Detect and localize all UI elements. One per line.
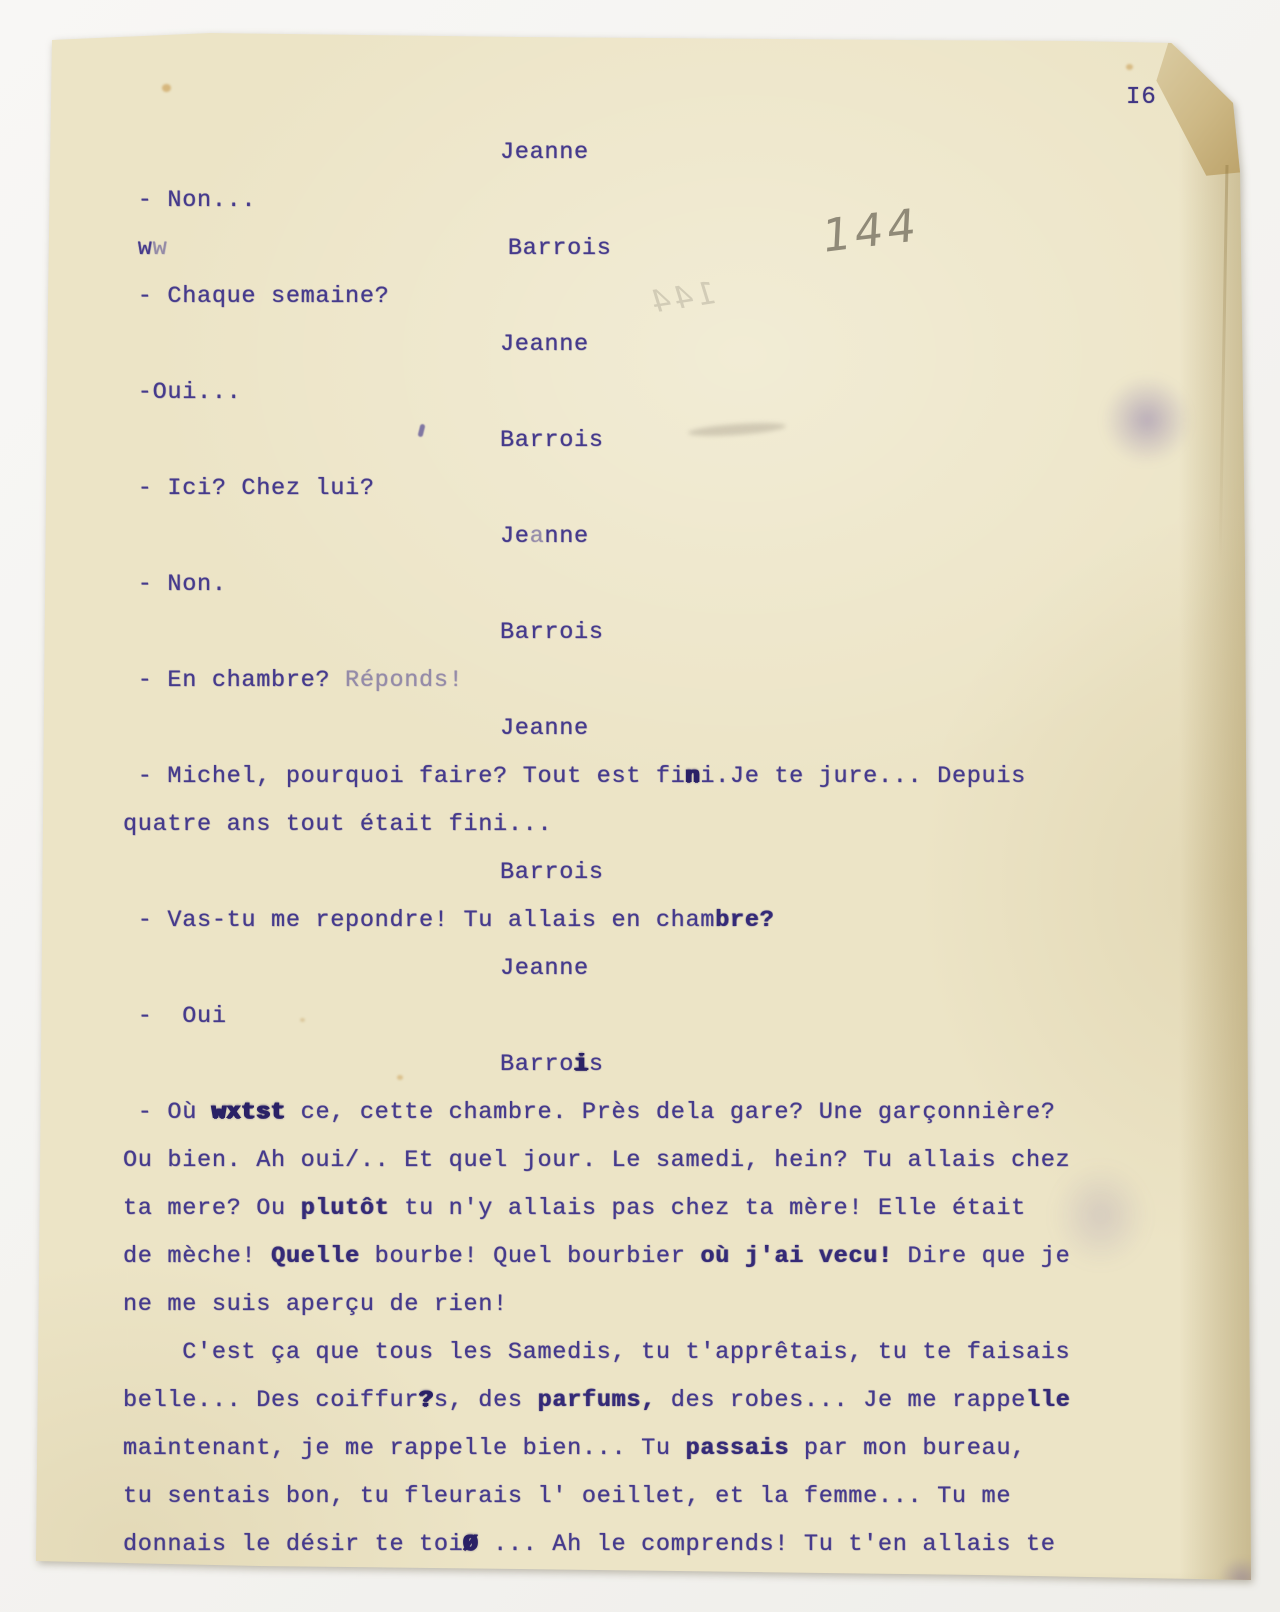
dialogue-line: C'est ça que tous les Samedis, tu t'appr… xyxy=(123,1329,1153,1377)
character-heading: Barrois xyxy=(123,1041,1153,1089)
character-heading: Jeanne xyxy=(123,513,1153,561)
script-lines: Jeanne - Non... ww Barrois - Chaque sema… xyxy=(123,129,1153,1569)
dialogue-line: Ou bien. Ah oui/.. Et quel jour. Le same… xyxy=(123,1137,1153,1185)
character-heading: Jeanne xyxy=(123,705,1153,753)
character-heading: Jeanne xyxy=(123,321,1153,369)
foxing-spot xyxy=(162,84,171,92)
dialogue-line: maintenant, je me rappelle bien... Tu pa… xyxy=(123,1425,1153,1473)
character-heading: Barrois xyxy=(123,417,1153,465)
dialogue-line: - En chambre? Réponds! xyxy=(123,657,1153,705)
dialogue-line: ne me suis aperçu de rien! xyxy=(123,1281,1153,1329)
dialogue-line: - Non. xyxy=(123,561,1153,609)
manuscript-page: I6 144 144 Jeanne - Non... ww Barrois - … xyxy=(0,0,1280,1612)
page-edge-shading xyxy=(1180,38,1252,1583)
dialogue-line: - Chaque semaine? xyxy=(123,273,1153,321)
dialogue-line: ww Barrois xyxy=(123,225,1153,273)
dialogue-line: donnais le désir te toiØ ... Ah le compr… xyxy=(123,1521,1153,1569)
dialogue-line: de mèche! Quelle bourbe! Quel bourbier o… xyxy=(123,1233,1153,1281)
dialogue-line: tu sentais bon, tu fleurais l' oeillet, … xyxy=(123,1473,1153,1521)
character-heading: Barrois xyxy=(123,609,1153,657)
dialogue-line: -Oui... xyxy=(123,369,1153,417)
character-heading: Jeanne xyxy=(123,129,1153,177)
dialogue-line: - Vas-tu me repondre! Tu allais en chamb… xyxy=(123,897,1153,945)
dialogue-line: belle... Des coiffur?s, des parfums, des… xyxy=(123,1377,1153,1425)
character-heading: Barrois xyxy=(123,849,1153,897)
dialogue-line: - Ici? Chez lui? xyxy=(123,465,1153,513)
dialogue-line: - Où wxtst ce, cette chambre. Près dela … xyxy=(123,1089,1153,1137)
dialogue-line: ta mere? Ou plutôt tu n'y allais pas che… xyxy=(123,1185,1153,1233)
scanned-manuscript: I6 144 144 Jeanne - Non... ww Barrois - … xyxy=(0,0,1280,1612)
ink-smudge-corner xyxy=(1213,1552,1271,1604)
character-heading: Jeanne xyxy=(123,945,1153,993)
dialogue-line: - Non... xyxy=(123,177,1153,225)
foxing-spot xyxy=(1126,64,1133,70)
dialogue-line: - Michel, pourquoi faire? Tout est fini.… xyxy=(123,753,1153,801)
dialogue-line: - Oui xyxy=(123,993,1153,1041)
dialogue-line: quatre ans tout était fini... xyxy=(123,801,1153,849)
folded-corner xyxy=(1146,38,1250,180)
page-number: I6 xyxy=(1126,84,1157,111)
